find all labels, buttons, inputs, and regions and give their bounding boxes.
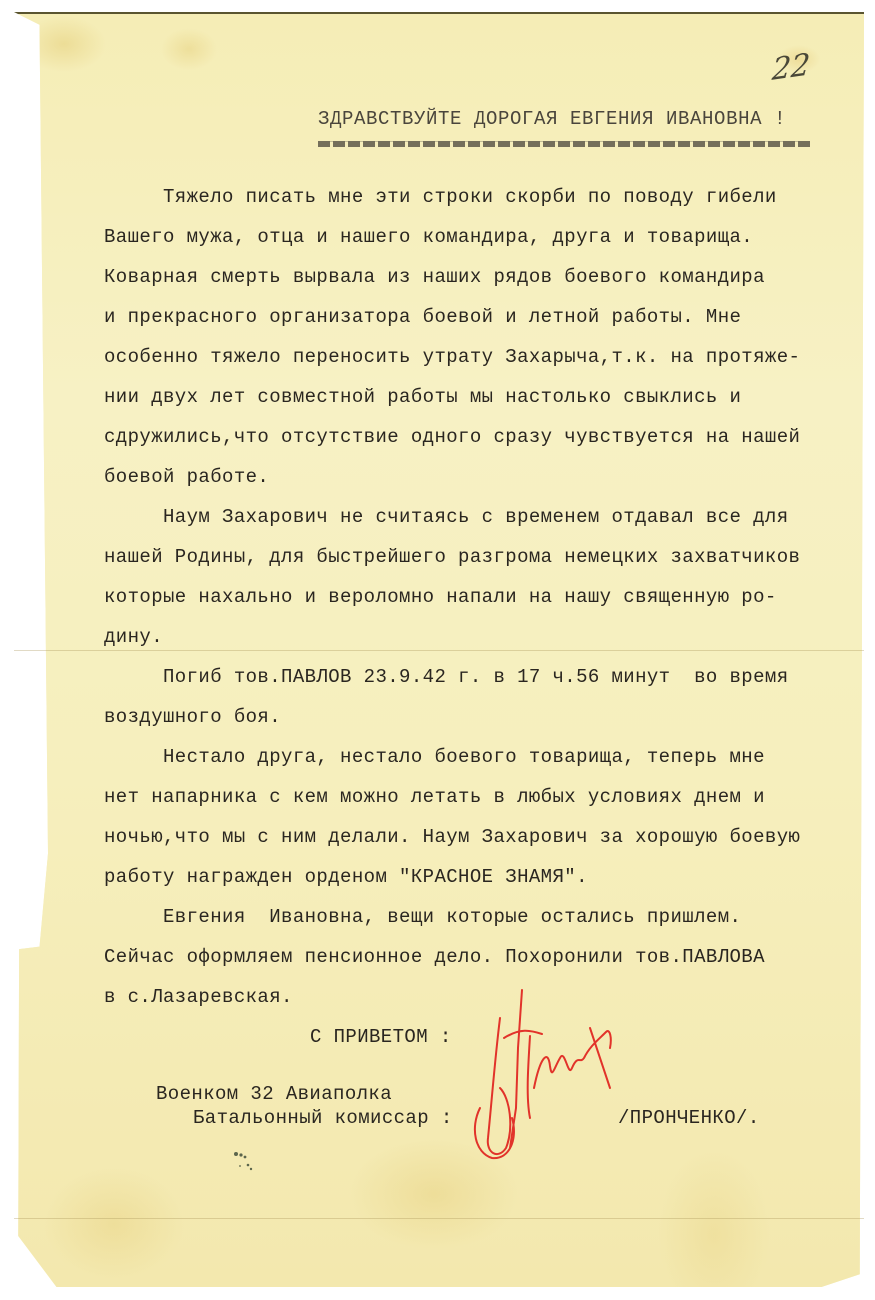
paper-fold-line <box>14 1218 864 1219</box>
ink-smudge <box>228 1148 268 1178</box>
body-line: в с.Лазаревская. <box>104 986 293 1008</box>
body-line: Сейчас оформляем пенсионное дело. Похоро… <box>104 946 765 968</box>
salutation-underline <box>318 141 810 147</box>
signatory-title-line-2: Батальонный комиссар : <box>193 1107 453 1129</box>
body-line: сдружились,что отсутствие одного сразу ч… <box>104 426 800 448</box>
body-line: Евгения Ивановна, вещи которые остались … <box>104 906 741 928</box>
body-line: Нестало друга, нестало боевого товарища,… <box>104 746 765 768</box>
body-line: воздушного боя. <box>104 706 281 728</box>
red-pencil-signature <box>470 988 630 1168</box>
body-line: боевой работе. <box>104 466 269 488</box>
closing-greeting: С ПРИВЕТОМ : <box>310 1026 452 1048</box>
body-line: которые нахально и вероломно напали на н… <box>104 586 777 608</box>
body-line: и прекрасного организатора боевой и летн… <box>104 306 741 328</box>
archive-page-number: 22 <box>771 47 811 88</box>
body-line: Вашего мужа, отца и нашего командира, др… <box>104 226 753 248</box>
body-line: Тяжело писать мне эти строки скорби по п… <box>104 186 777 208</box>
body-line: ночью,что мы с ним делали. Наум Захарови… <box>104 826 800 848</box>
body-line: Наум Захарович не считаясь с временем от… <box>104 506 789 528</box>
body-line: Коварная смерть вырвала из наших рядов б… <box>104 266 765 288</box>
body-line: работу награжден орденом "КРАСНОЕ ЗНАМЯ"… <box>104 866 588 888</box>
body-line: дину. <box>104 626 163 648</box>
paper-fold-line <box>14 650 864 651</box>
body-line: нашей Родины, для быстрейшего разгрома н… <box>104 546 800 568</box>
salutation-heading: ЗДРАВСТВУЙТЕ ДОРОГАЯ ЕВГЕНИЯ ИВАНОВНА ! <box>318 108 786 130</box>
body-line: особенно тяжело переносить утрату Захары… <box>104 346 800 368</box>
body-line: нии двух лет совместной работы мы настол… <box>104 386 741 408</box>
signatory-name: /ПРОНЧЕНКО/. <box>618 1107 760 1129</box>
signatory-title-line-1: Военком 32 Авиаполка <box>156 1083 392 1105</box>
body-line: Погиб тов.ПАВЛОВ 23.9.42 г. в 17 ч.56 ми… <box>104 666 789 688</box>
body-line: нет напарника с кем можно летать в любых… <box>104 786 765 808</box>
